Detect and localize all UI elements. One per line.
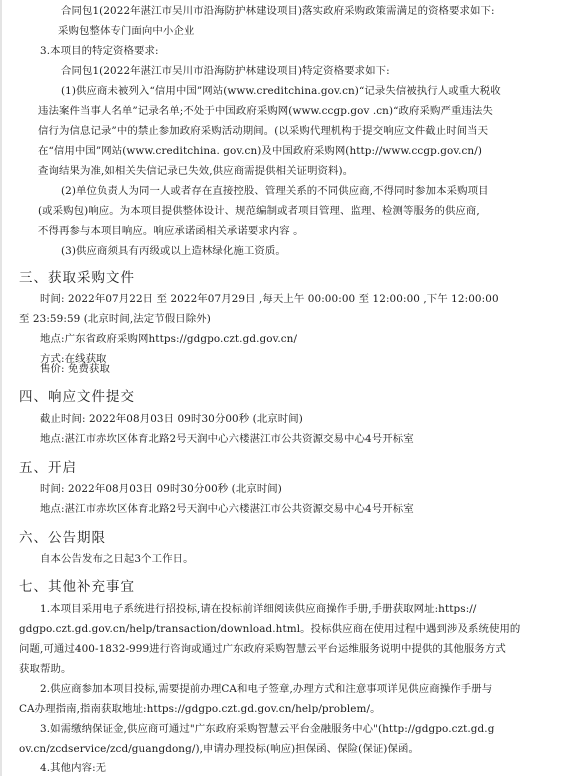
- supplement-item-3-line: 3.如需缴纳保证金,供应商可通过"广东政府采购智慧云平台金融服务中心"(http…: [40, 722, 494, 736]
- supplement-item-1-line: 1.本项目采用电子系统进行招投标,请在投标前详细阅读供应商操作手册,手册获取网址…: [40, 602, 477, 616]
- requirement-3-line: (3)供应商须具有丙级或以上造林绿化施工资质。: [61, 244, 286, 258]
- opening-location: 地点:湛江市赤坎区体育北路2号天润中心六楼湛江市公共资源交易中心4号开标室: [40, 502, 414, 516]
- requirement-2-line: 不得再参与本项目响应。响应承诺函相关承诺要求内容 。: [38, 224, 304, 238]
- package-specific-requirement: 合同包1(2022年湛江市吴川市沿海防护林建设项目)特定资格要求如下:: [61, 64, 390, 78]
- requirement-1-line: 违法案件当事人名单”记录名单;不处于中国政府采购网(www.ccgp.gov .…: [38, 104, 493, 118]
- acquisition-time-line: 时间: 2022年07月22日 至 2022年07月29日 ,每天上午 00:0…: [40, 292, 499, 306]
- supplement-item-1-line: 问题,可通过400-1832-999进行咨询或通过广东政府采购智慧云平台运维服务…: [19, 642, 506, 656]
- supplement-item-2-line: CA办理指南,指南获取地址:https://gdgpo.czt.gd.gov.c…: [19, 702, 381, 716]
- requirement-1-line: (1)供应商未被列入“信用中国”网站(www.creditchina.gov.c…: [61, 84, 501, 98]
- package-policy-requirement: 合同包1(2022年湛江市吴川市沿海防护林建设项目)落实政府采购政策需满足的资格…: [61, 4, 495, 18]
- supplement-item-4: 4.其他内容:无: [40, 761, 106, 775]
- announcement-period: 自本公告发布之日起3个工作日。: [40, 552, 194, 566]
- acquisition-location: 地点:广东省政府采购网https://gdgpo.czt.gd.gov.cn/: [40, 332, 297, 346]
- submission-location: 地点:湛江市赤坎区体育北路2号天润中心六楼湛江市公共资源交易中心4号开标室: [40, 432, 414, 446]
- sme-only-note: 采购包整体专门面向中小企业: [58, 24, 194, 38]
- acquisition-price: 售价: 免费获取: [40, 362, 110, 376]
- supplement-item-1-line: 获取帮助。: [19, 662, 71, 676]
- section-4-heading: 四、响应文件提交: [19, 388, 135, 406]
- requirement-2-line: (2)单位负责人为同一人或者存在直接控股、管理关系的不同供应商,不得同时参加本采…: [61, 184, 489, 198]
- section-3-heading: 三、获取采购文件: [19, 269, 135, 287]
- opening-time: 时间: 2022年08月03日 09时30分00秒 (北京时间): [40, 482, 282, 496]
- section-5-heading: 五、开启: [19, 459, 77, 477]
- acquisition-time-line: 至 23:59:59 (北京时间,法定节假日除外): [19, 312, 211, 326]
- requirement-1-line: 信行为信息记录”中的禁止参加政府采购活动期间。(以采购代理机构于提交响应文件截止…: [38, 124, 488, 138]
- requirement-2-line: (或采购包)响应。为本项目提供整体设计、规范编制或者项目管理、监理、检测等服务的…: [38, 204, 480, 218]
- item3-specific-qualification-title: 3.本项目的特定资格要求:: [40, 44, 159, 58]
- page-left-border: [0, 0, 2, 776]
- supplement-item-1-line: gdgpo.czt.gd.gov.cn/help/transaction/dow…: [19, 622, 520, 636]
- supplement-item-2-line: 2.供应商参加本项目投标,需要提前办理CA和电子签章,办理方式和注意事项详见供应…: [40, 682, 492, 696]
- section-6-heading: 六、公告期限: [19, 529, 106, 547]
- requirement-1-line: 查询结果为准,如相关失信记录已失效,供应商需提供相关证明资料)。: [38, 164, 353, 178]
- supplement-item-3-line: ov.cn/zcdservice/zcd/guangdong/),申请办理投标(…: [19, 742, 419, 756]
- requirement-1-line: 在“信用中国”网站(www.creditchina. gov.cn)及中国政府采…: [38, 144, 482, 158]
- section-7-heading: 七、其他补充事宜: [19, 578, 135, 596]
- submission-deadline: 截止时间: 2022年08月03日 09时30分00秒 (北京时间): [40, 412, 303, 426]
